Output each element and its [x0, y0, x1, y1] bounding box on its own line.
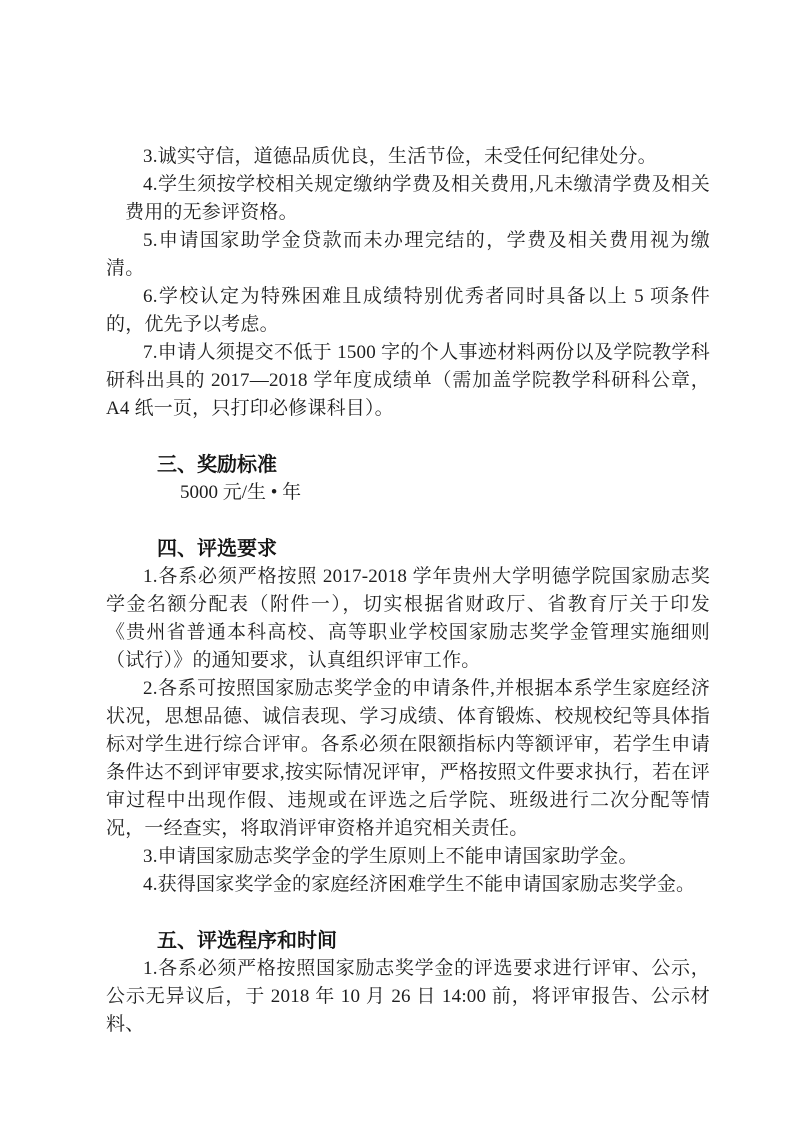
- eligibility-item-5: 5.申请国家助学金贷款而未办理完结的，学费及相关费用视为缴清。: [106, 227, 710, 283]
- review-item-1: 1.各系必须严格按照 2017-2018 学年贵州大学明德学院国家励志奖学金名额…: [106, 563, 710, 675]
- eligibility-item-6: 6.学校认定为特殊困难且成绩特别优秀者同时具备以上 5 项条件的，优先予以考虑。: [106, 283, 710, 339]
- section-heading-procedure-time: 五、评选程序和时间: [157, 927, 710, 955]
- review-item-2: 2.各系可按照国家励志奖学金的申请条件,并根据本系学生家庭经济状况，思想品德、诚…: [106, 675, 710, 843]
- review-item-3: 3.申请国家励志奖学金的学生原则上不能申请国家助学金。: [106, 843, 710, 871]
- eligibility-item-7: 7.申请人须提交不低于 1500 字的个人事迹材料两份以及学院教学科研科出具的 …: [106, 339, 710, 423]
- page-content: 3.诚实守信，道德品质优良，生活节俭，未受任何纪律处分。 4.学生须按学校相关规…: [106, 143, 710, 1039]
- section-heading-award-standard: 三、奖励标准: [157, 451, 710, 479]
- document-page: 3.诚实守信，道德品质优良，生活节俭，未受任何纪律处分。 4.学生须按学校相关规…: [0, 0, 793, 1122]
- eligibility-item-4: 4.学生须按学校相关规定缴纳学费及相关费用,凡未缴清学费及相关费用的无参评资格。: [106, 171, 710, 227]
- eligibility-item-3: 3.诚实守信，道德品质优良，生活节俭，未受任何纪律处分。: [106, 143, 710, 171]
- award-amount: 5000 元/生 • 年: [180, 479, 710, 507]
- review-item-4: 4.获得国家奖学金的家庭经济困难学生不能申请国家励志奖学金。: [106, 871, 710, 899]
- procedure-item-1: 1.各系必须严格按照国家励志奖学金的评选要求进行评审、公示，公示无异议后，于 2…: [106, 955, 710, 1039]
- section-heading-review-requirements: 四、评选要求: [157, 535, 710, 563]
